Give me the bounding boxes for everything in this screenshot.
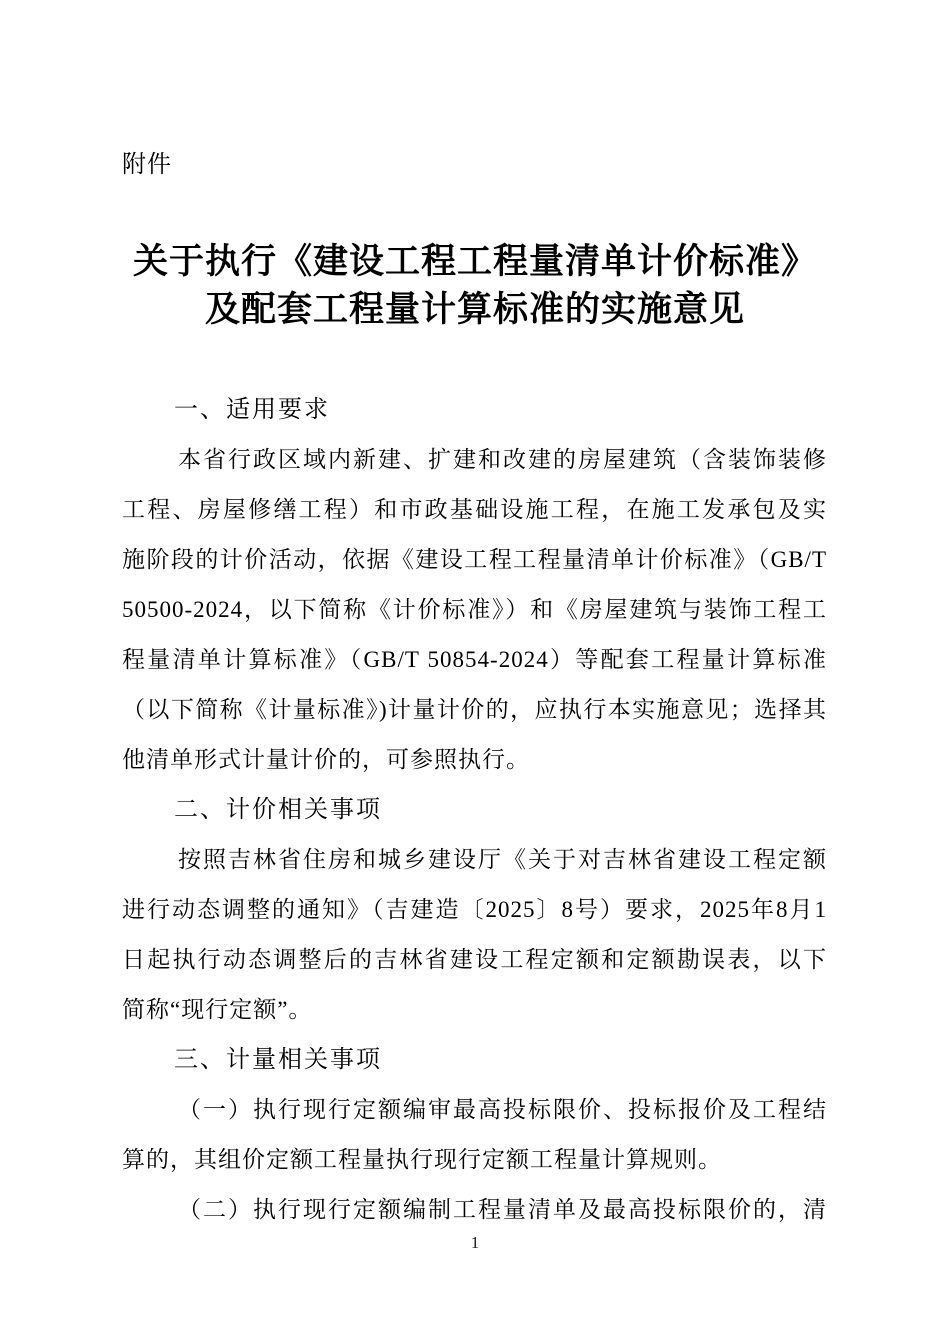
document-body: 一、适用要求 本省行政区域内新建、扩建和改建的房屋建筑（含装饰装修 工程、房屋修…: [122, 385, 827, 1235]
attachment-label: 附件: [122, 150, 172, 180]
document-title: 关于执行《建设工程工程量清单计价标准》 及配套工程量计算标准的实施意见: [0, 238, 950, 334]
section-heading-3: 三、计量相关事项: [122, 1035, 827, 1085]
body-line: 本省行政区域内新建、扩建和改建的房屋建筑（含装饰装修: [122, 435, 827, 485]
body-line: 程量清单计算标准》（GB/T 50854-2024）等配套工程量计算标准: [122, 635, 827, 685]
body-line: 施阶段的计价活动，依据《建设工程工程量清单计价标准》（GB/T: [122, 535, 827, 585]
body-line: 他清单形式计量计价的，可参照执行。: [122, 735, 827, 785]
body-line: 进行动态调整的通知》（吉建造〔2025〕8号）要求，2025年8月1: [122, 885, 827, 935]
body-line: 算的，其组价定额工程量执行现行定额工程量计算规则。: [122, 1135, 827, 1185]
body-line: （一）执行现行定额编审最高投标限价、投标报价及工程结: [122, 1085, 827, 1135]
body-line: 50500-2024，以下简称《计价标准》）和《房屋建筑与装饰工程工: [122, 585, 827, 635]
page-number: 1: [0, 1231, 950, 1255]
body-line: 工程、房屋修缮工程）和市政基础设施工程，在施工发承包及实: [122, 485, 827, 535]
section-heading-1: 一、适用要求: [122, 385, 827, 435]
section-heading-2: 二、计价相关事项: [122, 785, 827, 835]
body-line: 按照吉林省住房和城乡建设厅《关于对吉林省建设工程定额: [122, 835, 827, 885]
body-line: 简称“现行定额”。: [122, 985, 827, 1035]
body-line: 日起执行动态调整后的吉林省建设工程定额和定额勘误表，以下: [122, 935, 827, 985]
document-page: 附件 关于执行《建设工程工程量清单计价标准》 及配套工程量计算标准的实施意见 一…: [0, 0, 950, 1344]
title-line-2: 及配套工程量计算标准的实施意见: [0, 286, 950, 334]
body-line: （以下简称《计量标准》)计量计价的，应执行本实施意见；选择其: [122, 685, 827, 735]
title-line-1: 关于执行《建设工程工程量清单计价标准》: [0, 238, 950, 286]
body-line: （二）执行现行定额编制工程量清单及最高投标限价的，清: [122, 1185, 827, 1235]
